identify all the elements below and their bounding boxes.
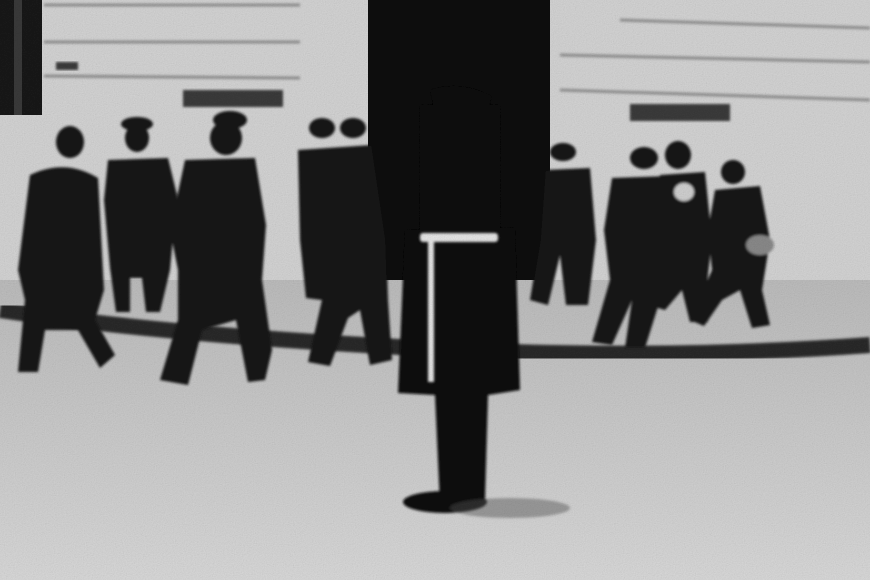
- wall-mark: [56, 62, 78, 70]
- photo-scene: [0, 0, 870, 580]
- wall-plaque-right: [630, 104, 730, 121]
- historical-photograph: Black-and-white street photograph: unifo…: [0, 0, 870, 580]
- wall-plaque-left: [183, 90, 283, 107]
